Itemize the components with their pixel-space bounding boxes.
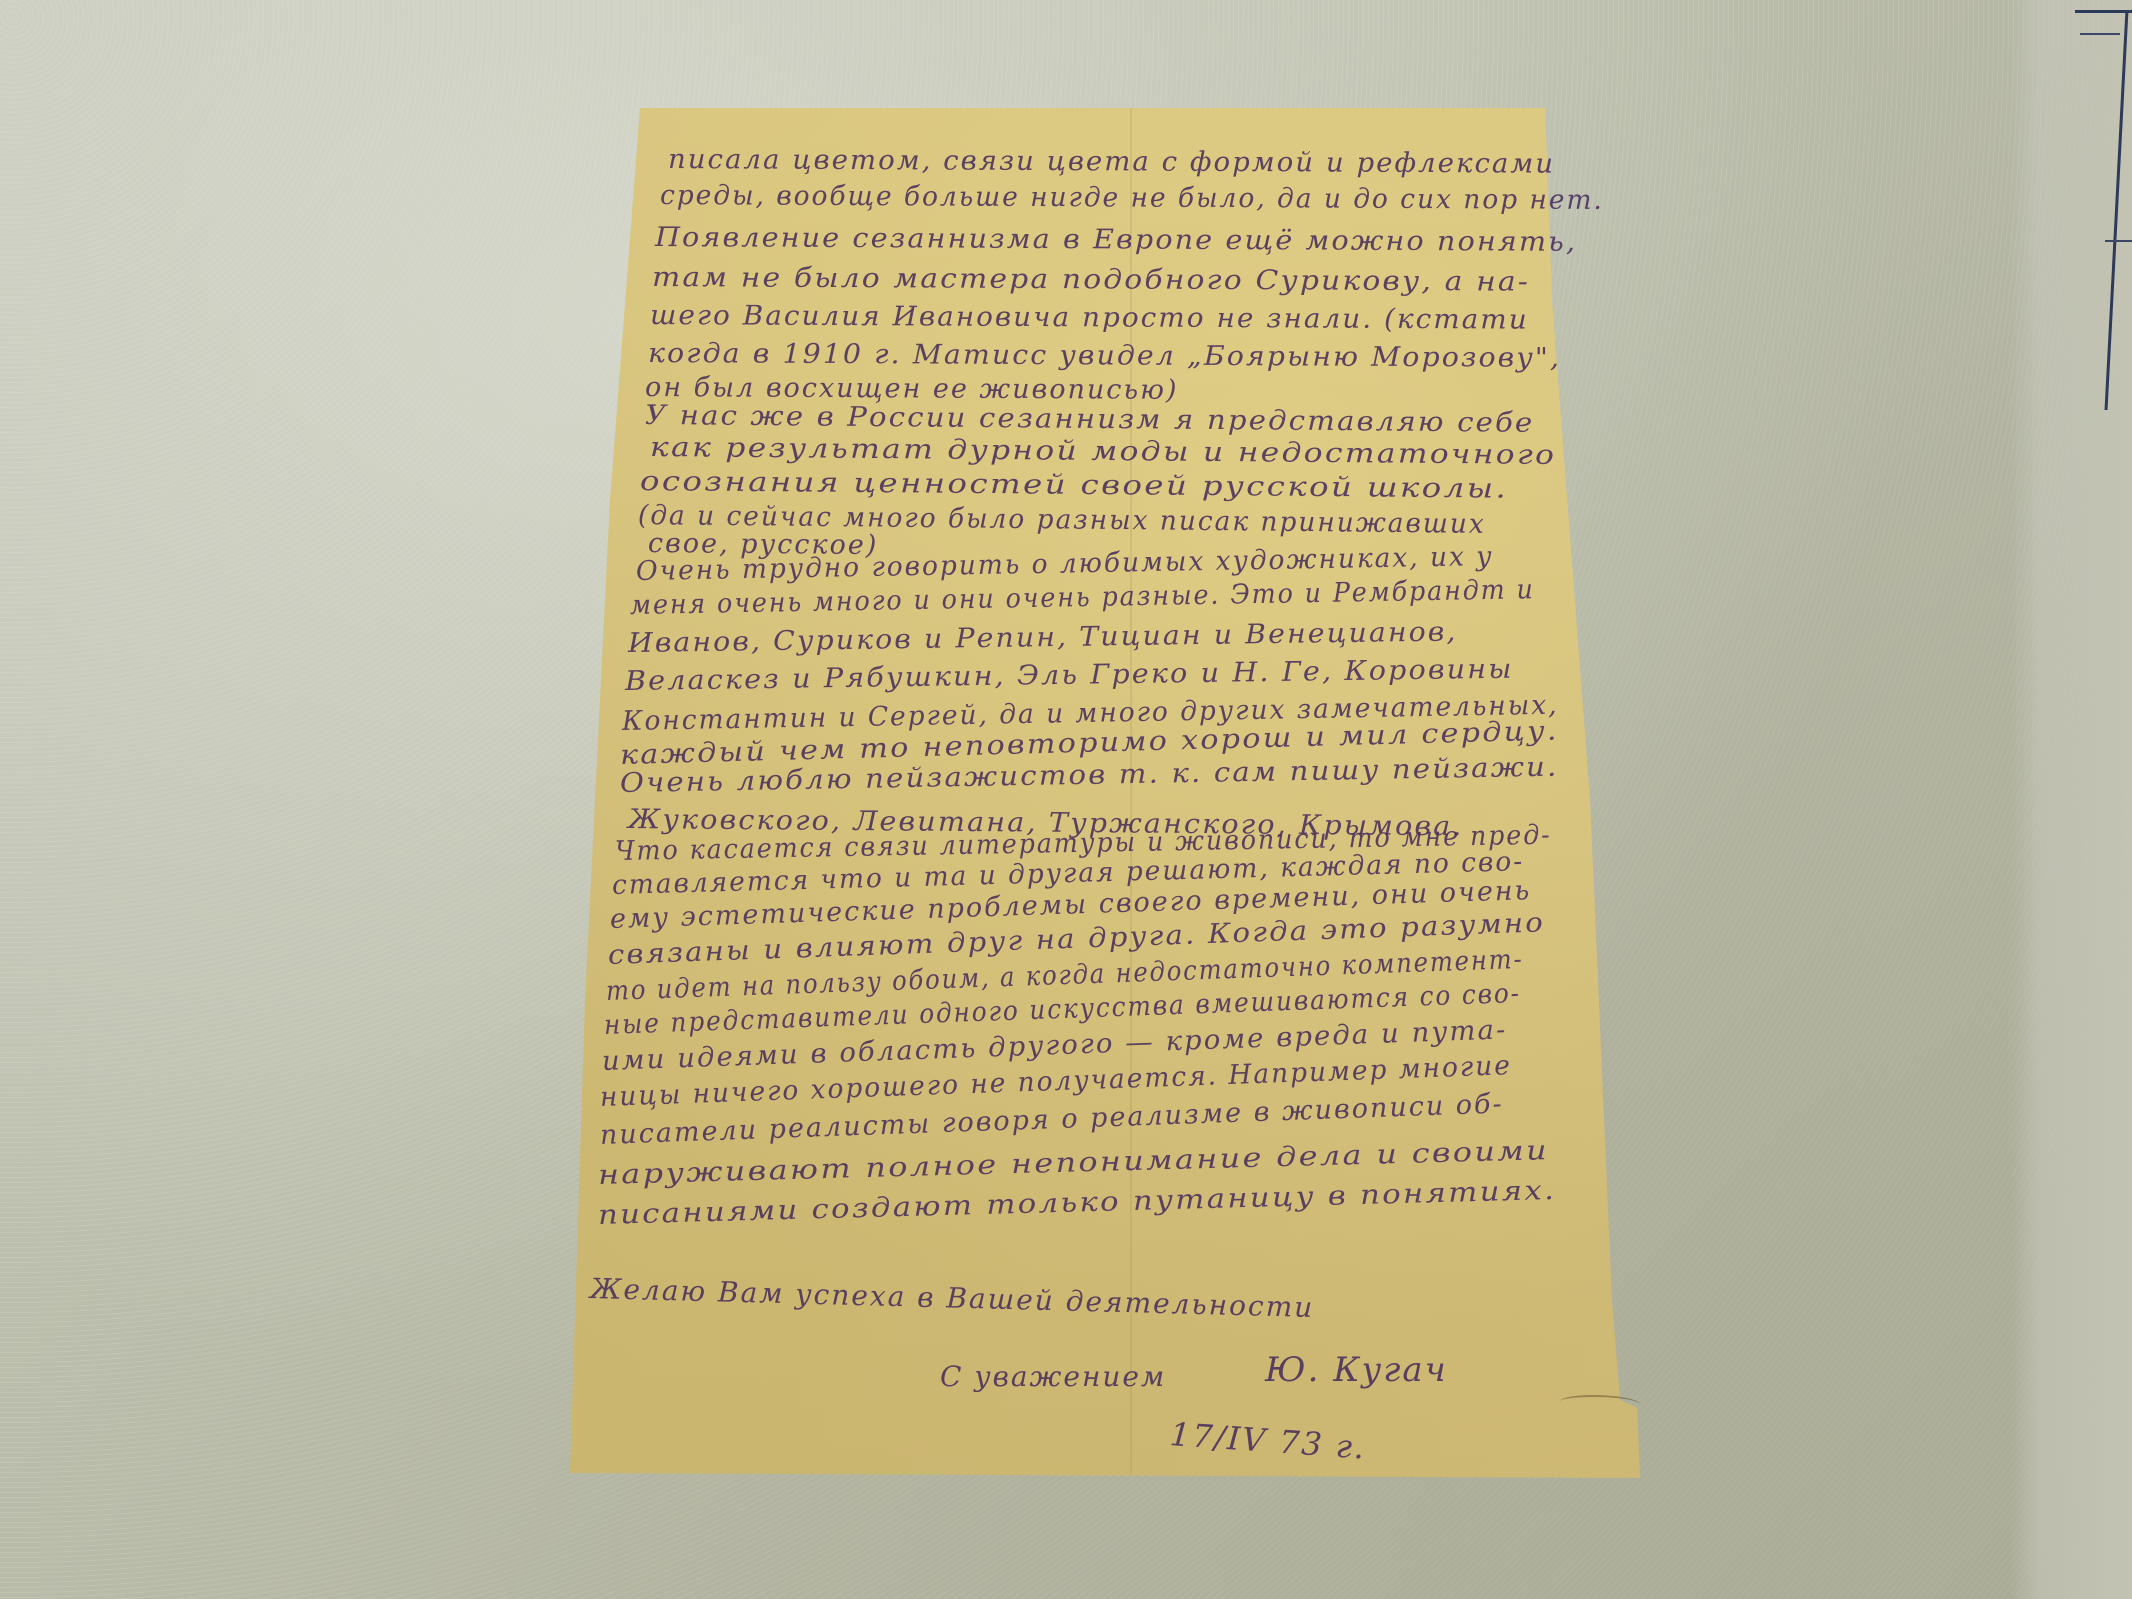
signature: Ю. Кугач bbox=[1265, 1350, 1448, 1390]
blue-frame-line bbox=[2080, 33, 2120, 35]
blue-frame-line bbox=[2075, 10, 2132, 13]
letter-line: когда в 1910 г. Матисс увидел „Боярыню М… bbox=[648, 338, 1561, 374]
closing-regards: С уважением bbox=[940, 1360, 1166, 1393]
letter-line: шего Василия Ивановича просто не знали. … bbox=[650, 300, 1529, 336]
letter-line: среды, вообще больше нигде не было, да и… bbox=[660, 180, 1604, 216]
blue-frame-line bbox=[2105, 240, 2132, 242]
letter-line: там не было мастера подобного Сурикову, … bbox=[652, 262, 1530, 298]
letter-line: писала цветом, связи цвета с формой и ре… bbox=[668, 144, 1555, 180]
paper-tear bbox=[1560, 1395, 1640, 1411]
letter-line: Появление сезаннизма в Европе ещё можно … bbox=[655, 222, 1577, 258]
